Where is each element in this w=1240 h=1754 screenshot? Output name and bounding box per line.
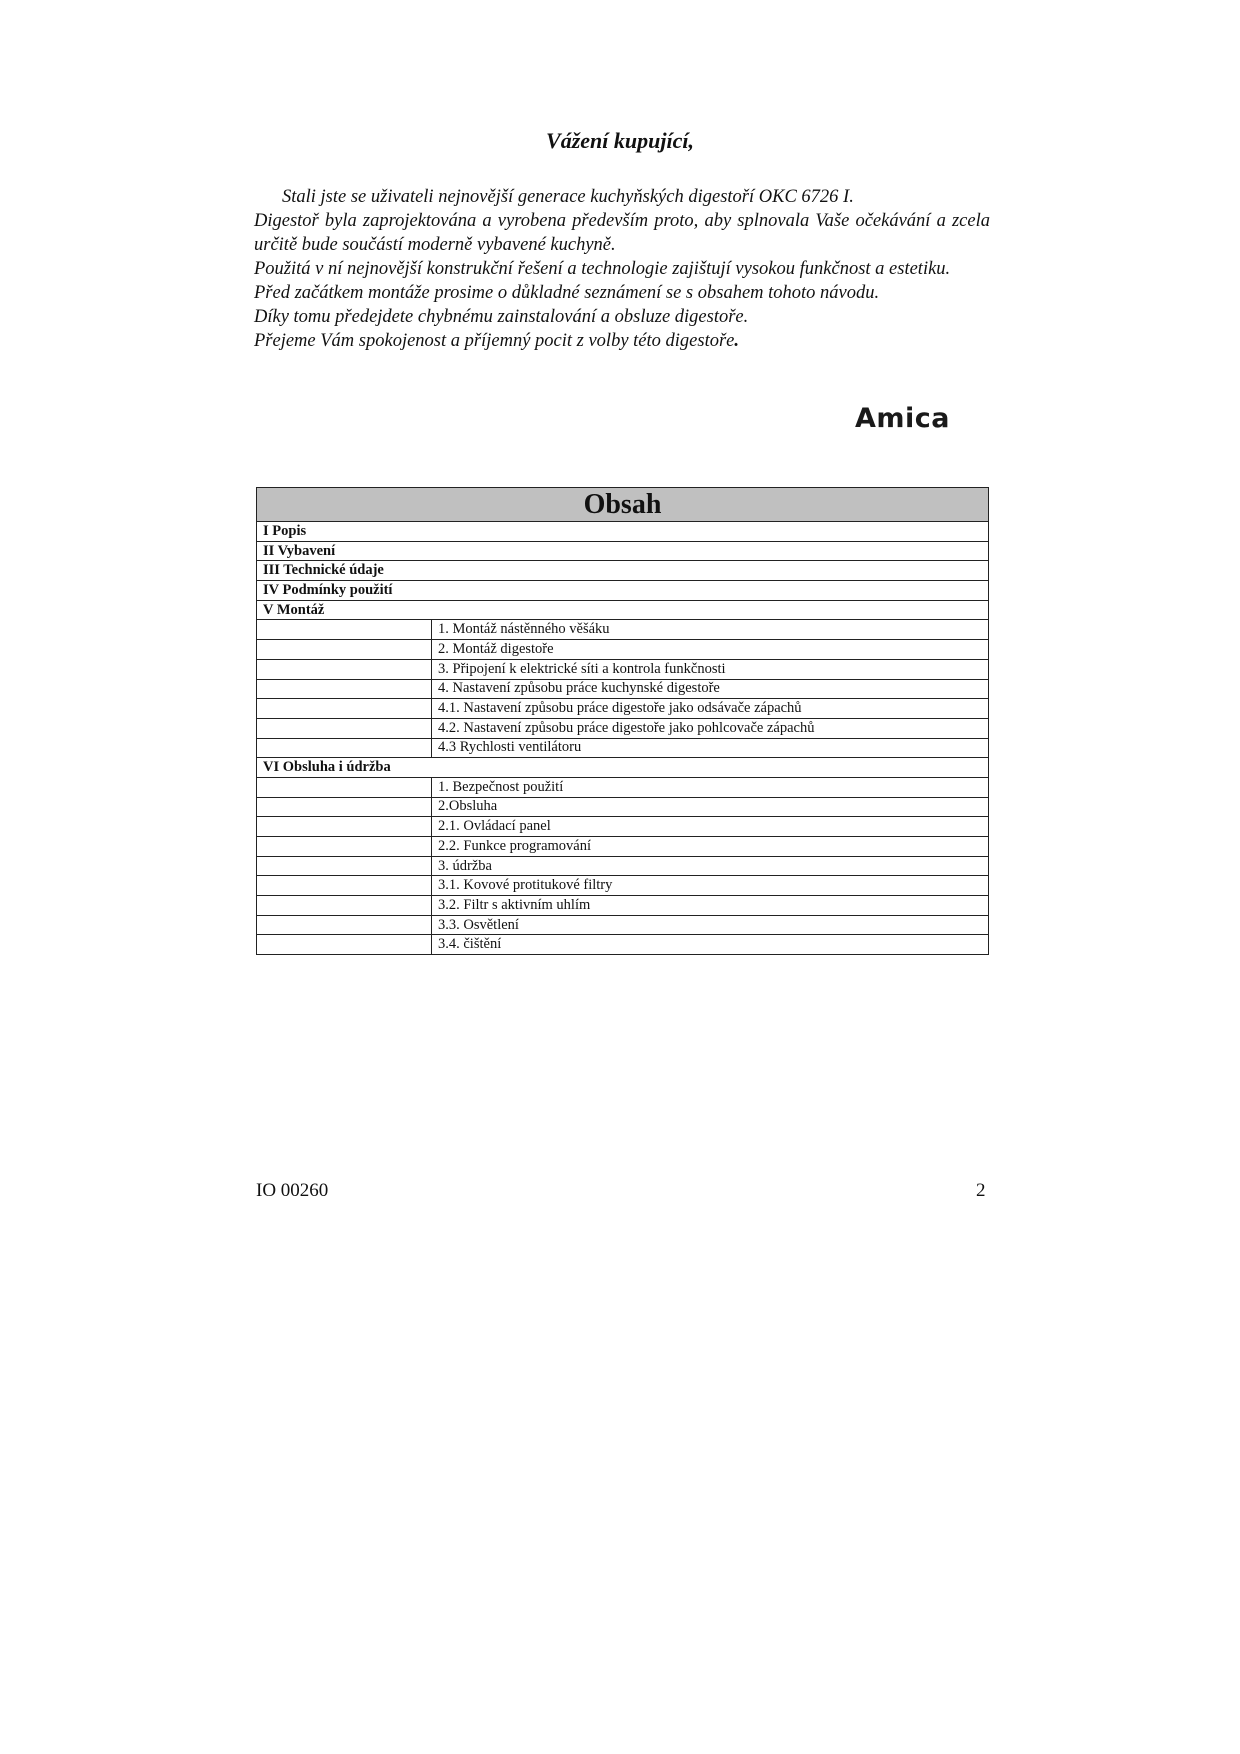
toc-section-title: III Technické údaje — [257, 561, 989, 581]
toc-header-row: Obsah — [257, 488, 989, 522]
toc-item-row: 4.2. Nastavení způsobu práce digestoře j… — [257, 718, 989, 738]
toc-item-row: 2. Montáž digestoře — [257, 640, 989, 660]
toc-indent-cell — [257, 679, 432, 699]
intro-paragraph-3: Před začátkem montáže prosime o důkladné… — [254, 281, 990, 305]
intro-paragraph-4: Díky tomu předejdete chybnému zainstalov… — [254, 305, 990, 329]
toc-item-row: 2.Obsluha — [257, 797, 989, 817]
toc-item-row: 3.3. Osvětlení — [257, 915, 989, 935]
toc-indent-cell — [257, 856, 432, 876]
toc-item-row: 2.1. Ovládací panel — [257, 817, 989, 837]
amica-logo: Amica — [855, 403, 950, 434]
toc-indent-cell — [257, 896, 432, 916]
toc-indent-cell — [257, 659, 432, 679]
toc-item-row: 4.1. Nastavení způsobu práce digestoře j… — [257, 699, 989, 719]
toc-item-title: 2.Obsluha — [432, 797, 989, 817]
toc-section-row: V Montáž — [257, 600, 989, 620]
toc-indent-cell — [257, 797, 432, 817]
document-code: IO 00260 — [256, 1180, 328, 1202]
toc-indent-cell — [257, 817, 432, 837]
toc-section-row: IV Podmínky použití — [257, 581, 989, 601]
toc-item-row: 2.2. Funkce programování — [257, 837, 989, 857]
toc-item-row: 4.3 Rychlosti ventilátoru — [257, 738, 989, 758]
toc-heading: Obsah — [257, 488, 989, 522]
toc-section-row: II Vybavení — [257, 541, 989, 561]
toc-indent-cell — [257, 876, 432, 896]
intro-paragraph-2: Použitá v ní nejnovější konstrukční řeše… — [254, 257, 990, 281]
toc-indent-cell — [257, 718, 432, 738]
toc-item-title: 3.2. Filtr s aktivním uhlím — [432, 896, 989, 916]
toc-indent-cell — [257, 699, 432, 719]
table-of-contents: Obsah I PopisII VybaveníIII Technické úd… — [256, 487, 989, 955]
toc-section-title: VI Obsluha i údržba — [257, 758, 989, 778]
toc-indent-cell — [257, 837, 432, 857]
toc-item-title: 3.3. Osvětlení — [432, 915, 989, 935]
toc-indent-cell — [257, 915, 432, 935]
toc-section-title: I Popis — [257, 522, 989, 542]
page-title: Vážení kupující, — [0, 128, 1240, 154]
toc-item-title: 4. Nastavení způsobu práce kuchynské dig… — [432, 679, 989, 699]
toc-item-title: 1. Bezpečnost použití — [432, 777, 989, 797]
toc-item-row: 3.1. Kovové protitukové filtry — [257, 876, 989, 896]
intro-paragraph-5-end: . — [734, 331, 739, 351]
toc-item-row: 3.2. Filtr s aktivním uhlím — [257, 896, 989, 916]
toc-item-title: 4.1. Nastavení způsobu práce digestoře j… — [432, 699, 989, 719]
toc-indent-cell — [257, 620, 432, 640]
toc-item-row: 4. Nastavení způsobu práce kuchynské dig… — [257, 679, 989, 699]
toc-body: I PopisII VybaveníIII Technické údajeIV … — [257, 522, 989, 955]
intro-line-1: Stali jste se uživateli nejnovější gener… — [254, 185, 990, 209]
toc-section-row: I Popis — [257, 522, 989, 542]
toc-section-row: VI Obsluha i údržba — [257, 758, 989, 778]
toc-item-row: 3. údržba — [257, 856, 989, 876]
toc-item-row: 1. Montáž nástěnného věšáku — [257, 620, 989, 640]
toc-item-title: 3.1. Kovové protitukové filtry — [432, 876, 989, 896]
toc-indent-cell — [257, 738, 432, 758]
toc-indent-cell — [257, 640, 432, 660]
toc-item-title: 4.3 Rychlosti ventilátoru — [432, 738, 989, 758]
toc-item-row: 1. Bezpečnost použití — [257, 777, 989, 797]
toc-item-title: 3. Připojení k elektrické síti a kontrol… — [432, 659, 989, 679]
toc-item-row: 3. Připojení k elektrické síti a kontrol… — [257, 659, 989, 679]
toc-indent-cell — [257, 935, 432, 955]
toc-section-row: III Technické údaje — [257, 561, 989, 581]
toc-section-title: IV Podmínky použití — [257, 581, 989, 601]
toc-item-title: 1. Montáž nástěnného věšáku — [432, 620, 989, 640]
toc-item-title: 3.4. čištění — [432, 935, 989, 955]
toc-item-title: 2. Montáž digestoře — [432, 640, 989, 660]
toc-item-title: 3. údržba — [432, 856, 989, 876]
toc-item-row: 3.4. čištění — [257, 935, 989, 955]
toc-section-title: II Vybavení — [257, 541, 989, 561]
page-number: 2 — [976, 1180, 986, 1202]
toc-section-title: V Montáž — [257, 600, 989, 620]
intro-paragraph-1: Digestoř byla zaprojektována a vyrobena … — [254, 209, 990, 257]
toc-indent-cell — [257, 777, 432, 797]
toc-item-title: 2.1. Ovládací panel — [432, 817, 989, 837]
intro-paragraph-5: Přejeme Vám spokojenost a příjemný pocit… — [254, 329, 990, 353]
intro-paragraph-5-text: Přejeme Vám spokojenost a příjemný pocit… — [254, 331, 734, 351]
toc-item-title: 4.2. Nastavení způsobu práce digestoře j… — [432, 718, 989, 738]
toc-item-title: 2.2. Funkce programování — [432, 837, 989, 857]
intro-text: Stali jste se uživateli nejnovější gener… — [254, 185, 990, 353]
